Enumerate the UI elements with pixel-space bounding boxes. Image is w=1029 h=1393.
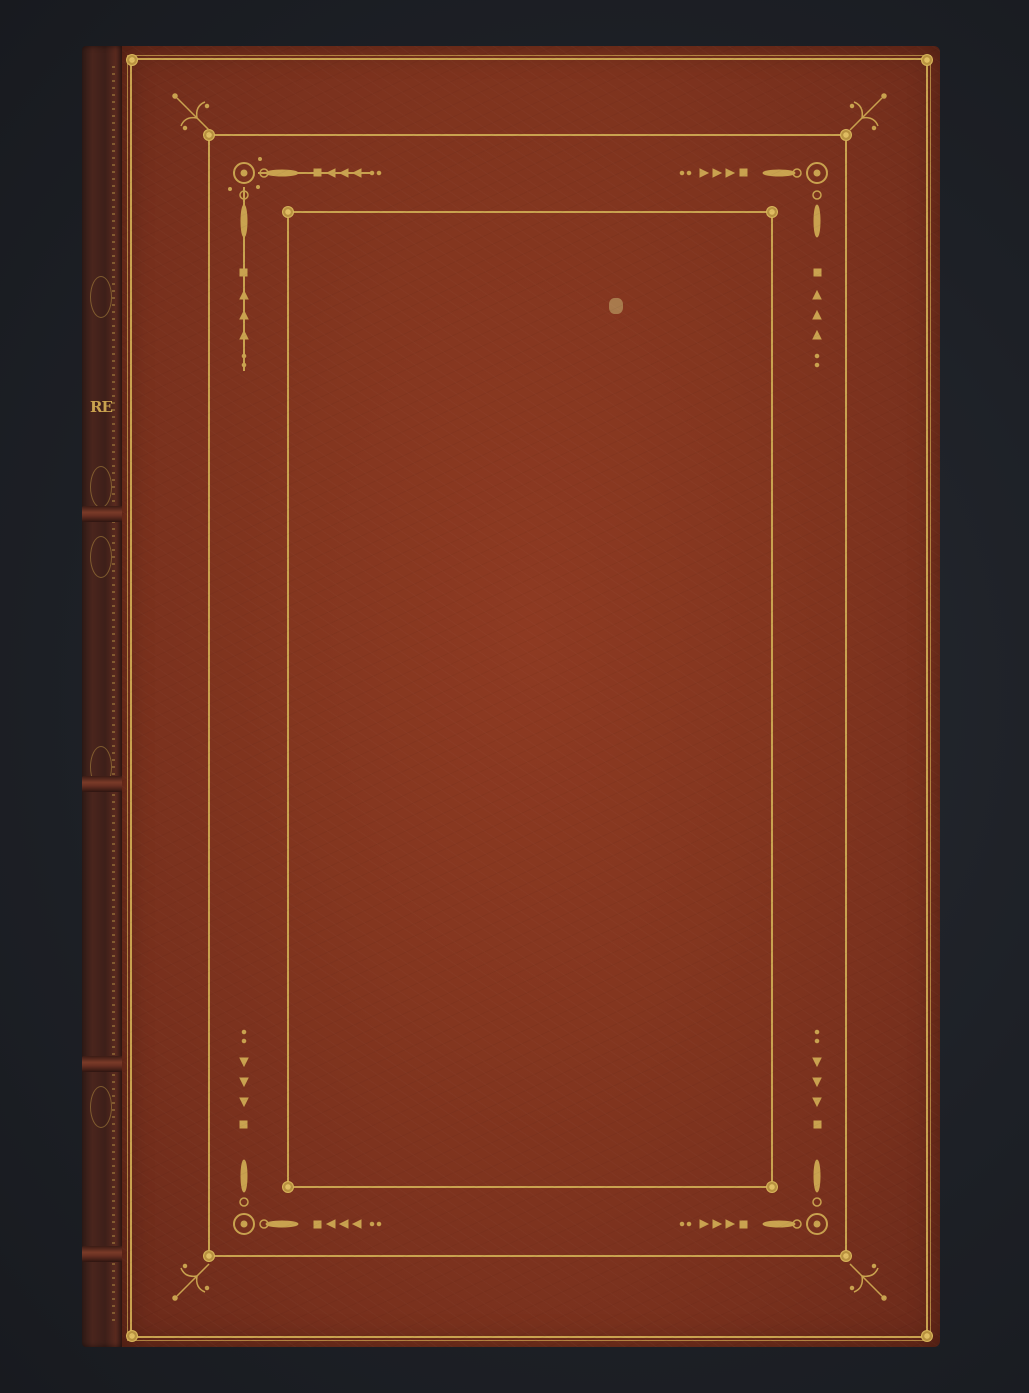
outer-gilt-fillet — [130, 58, 928, 1338]
leaf-spray-ornament-icon — [832, 1246, 892, 1306]
spine-raised-band — [82, 1056, 124, 1072]
rosette-icon — [282, 1181, 294, 1193]
leaf-spray-ornament-icon — [167, 1246, 227, 1306]
spine-gilt-dots — [112, 66, 115, 1326]
spine-raised-band — [82, 506, 124, 522]
spine-ornament — [90, 536, 112, 578]
inner-gilt-panel — [287, 211, 773, 1188]
spine-ornament — [90, 276, 112, 318]
rosette-icon — [282, 206, 294, 218]
floral-corner-ornament-icon — [679, 1006, 839, 1246]
rosette-icon — [840, 1250, 852, 1262]
spine-raised-band — [82, 1246, 124, 1262]
wear-spot — [609, 298, 623, 314]
floral-corner-ornament-icon — [222, 1006, 382, 1246]
rosette-icon — [840, 129, 852, 141]
spine-ornament — [90, 1086, 112, 1128]
floral-corner-ornament-icon — [222, 151, 382, 391]
book: RE — [82, 46, 940, 1347]
leaf-spray-ornament-icon — [167, 88, 227, 148]
front-cover — [122, 46, 940, 1347]
spine-raised-band — [82, 776, 124, 792]
leaf-spray-ornament-icon — [832, 88, 892, 148]
rosette-icon — [203, 129, 215, 141]
rosette-icon — [766, 206, 778, 218]
book-spine: RE — [82, 46, 124, 1347]
rosette-icon — [921, 1330, 933, 1342]
spine-lettering: RE — [86, 398, 116, 416]
floral-corner-ornament-icon — [679, 151, 839, 391]
rosette-icon — [203, 1250, 215, 1262]
rosette-icon — [921, 54, 933, 66]
middle-gilt-frame — [208, 134, 847, 1257]
rosette-icon — [766, 1181, 778, 1193]
rosette-icon — [126, 1330, 138, 1342]
spine-ornament — [90, 466, 112, 508]
rosette-icon — [126, 54, 138, 66]
